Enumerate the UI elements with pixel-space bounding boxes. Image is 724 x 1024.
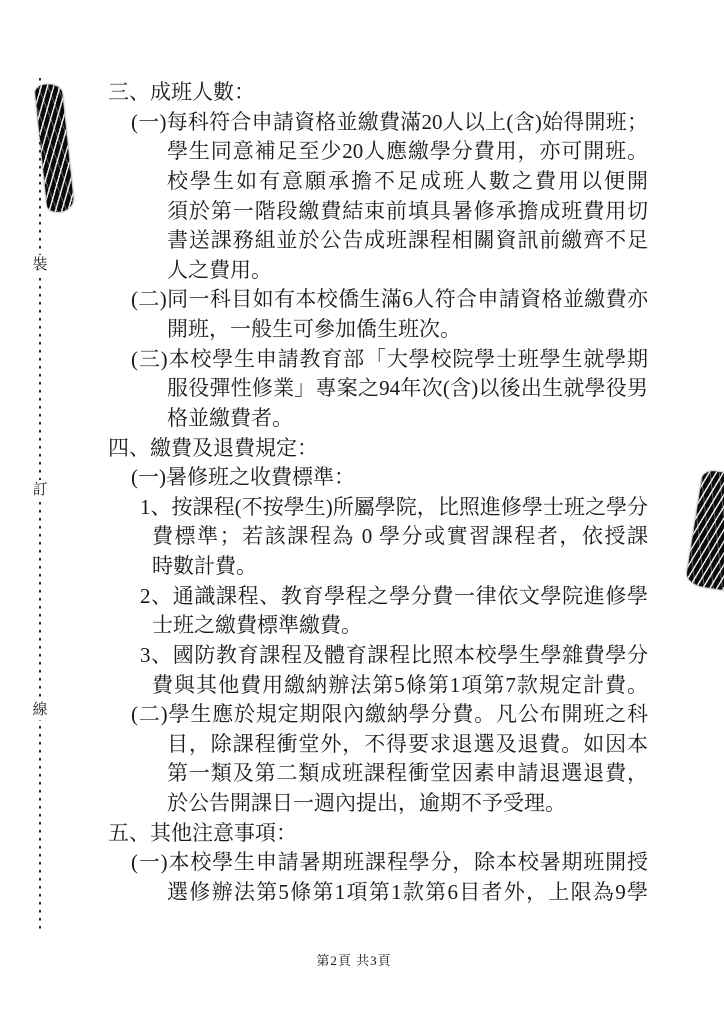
text-line: 格並繳費者。 [0,404,648,434]
text-line: 學生同意補足至少20人應繳學分費用，亦可開班。本 [0,137,648,167]
section-heading: 四、繳費及退費規定： [0,434,648,464]
text-line: 目，除課程衝堂外，不得要求退選及退費。如因本校 [0,730,648,760]
text-line: 選修辦法第5條第1項第1款第6目者外，上限為9學分； [0,878,648,908]
document-page: 裝 訂 線 三、成班人數： (一)每科符合申請資格並繳費滿20人以上(含)始得開… [0,0,724,1024]
text-line: 時數計費。 [0,552,648,582]
page-footer: 第2頁 共3頁 [0,950,708,969]
text-line: (一)本校學生申請暑期班課程學分，除本校暑期班開授及 [0,848,648,878]
text-line: (三)本校學生申請教育部「大學校院學士班學生就學期間 [0,345,648,375]
document-body: 三、成班人數： (一)每科符合申請資格並繳費滿20人以上(含)始得開班；或 學生… [0,78,648,908]
ink-stamp-right [685,469,724,590]
text-line: 開班，一般生可參加僑生班次。 [0,315,648,345]
text-line: 書送課務組並於公告成班課程相關資訊前繳齊不足20 [0,226,648,256]
text-line: 人之費用。 [0,256,648,286]
text-line: 3、國防教育課程及體育課程比照本校學生學雜費學分 [0,641,648,671]
text-line: (二)學生應於規定期限內繳納學分費。凡公布開班之科 [0,700,648,730]
text-line: 於公告開課日一週內提出，逾期不予受理。 [0,789,648,819]
text-line: 服役彈性修業」專案之94年次(含)以後出生就學役男資 [0,374,648,404]
text-line: (一)暑修班之收費標準： [0,463,648,493]
text-line: 2、通識課程、教育學程之學分費一律依文學院進修學 [0,582,648,612]
section-heading: 三、成班人數： [0,78,648,108]
text-line: 須於第一階段繳費結束前填具暑修承擔成班費用切結 [0,197,648,227]
text-line: 1、按課程(不按學生)所屬學院，比照進修學士班之學分 [0,493,648,523]
text-line: (二)同一科目如有本校僑生滿6人符合申請資格並繳費亦可 [0,285,648,315]
text-line: 費標準；若該課程為 0 學分或實習課程者，依授課 [0,522,648,552]
text-line: 士班之繳費標準繳費。 [0,611,648,641]
text-line: 第一類及第二類成班課程衝堂因素申請退選退費，應 [0,759,648,789]
section-heading: 五、其他注意事項： [0,819,648,849]
text-line: 費與其他費用繳納辦法第5條第1項第7款規定計費。 [0,671,648,701]
text-line: 校學生如有意願承擔不足成班人數之費用以便開班， [0,167,648,197]
text-line: (一)每科符合申請資格並繳費滿20人以上(含)始得開班；或 [0,108,648,138]
